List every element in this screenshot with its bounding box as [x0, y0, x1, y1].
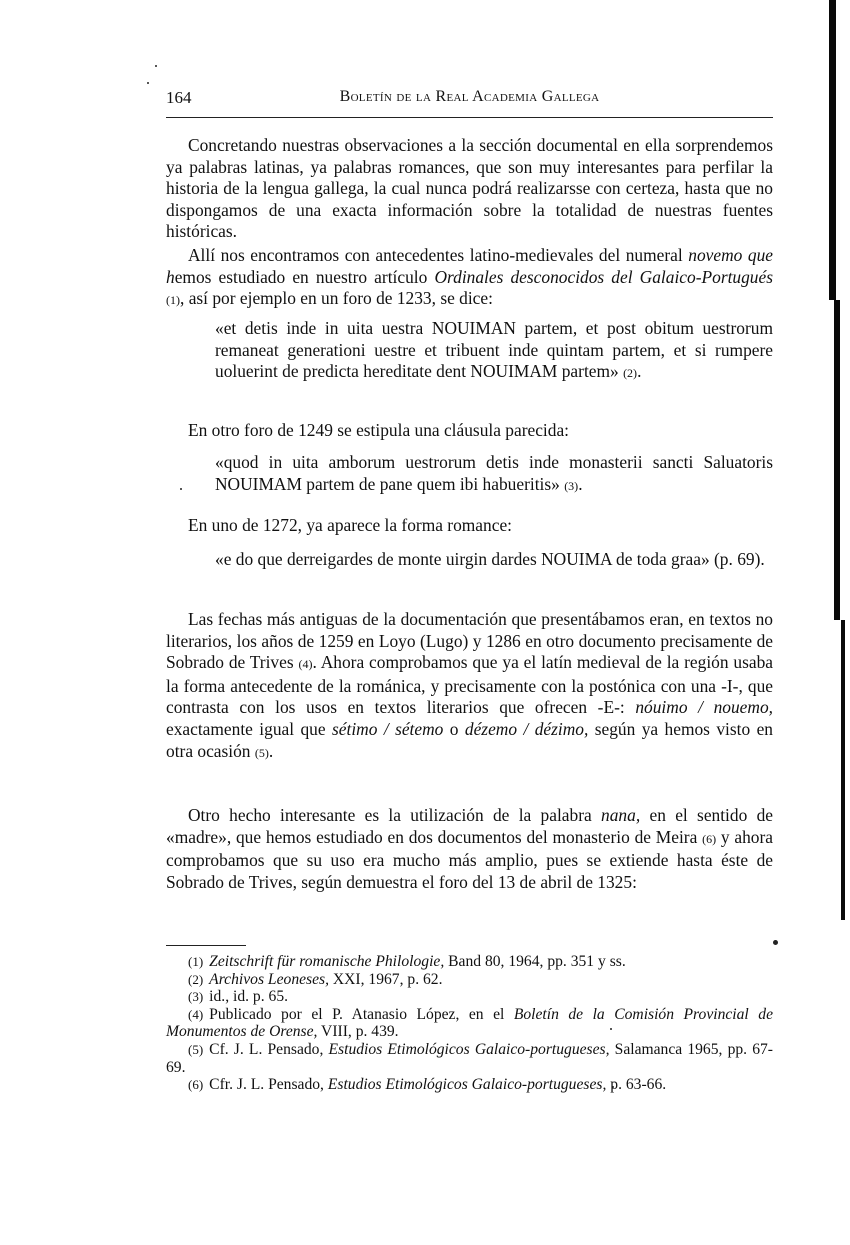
footnote-text: VIII, p. 439. [317, 1023, 398, 1040]
body-paragraph: Las fechas más antiguas de la documentac… [166, 609, 773, 764]
footnote-title: Zeitschrift für romanische Philologie, [209, 953, 444, 970]
footnote-title: Archivos Leoneses, [209, 971, 329, 988]
block-quote: «e do que derreigardes de monte uirgin d… [215, 549, 773, 571]
footnote-rule [166, 945, 246, 946]
header-rule [166, 117, 773, 118]
scan-page-edge [841, 620, 845, 920]
paragraph-text: emos estudiado en nuestro artículo [175, 267, 435, 287]
footnote-text: id., id. p. 65. [209, 988, 288, 1005]
quote-text: «et detis inde in uita uestra NOUIMAN pa… [215, 318, 773, 381]
footnote-ref[interactable]: (5) [255, 746, 269, 760]
footnote-number: (2) [188, 972, 203, 987]
scan-speck [147, 82, 149, 84]
footnote-4: (4)Publicado por el P. Atanasio López, e… [166, 1006, 773, 1041]
footnote-text: Cf. J. L. Pensado, [209, 1041, 328, 1058]
italic-term: nana, [601, 805, 640, 825]
footnotes: (1)Zeitschrift für romanische Philologie… [166, 953, 773, 1094]
italic-term: dézemo / dézimo, [465, 719, 588, 739]
scan-speck [180, 488, 182, 490]
footnote-ref[interactable]: (1) [166, 293, 180, 307]
article-title: Ordinales desconocidos del Galaico-Portu… [434, 267, 773, 287]
paragraph-text: exactamente igual que [166, 719, 332, 739]
scan-speck [773, 940, 778, 945]
footnote-number: (4) [188, 1007, 203, 1022]
body-paragraph: Allí nos encontramos con antecedentes la… [166, 245, 773, 312]
running-header: 164 Boletín de la Real Academia Gallega [166, 88, 773, 110]
italic-term: sétimo / sétemo [332, 719, 443, 739]
footnote-number: (6) [188, 1077, 203, 1092]
quote-text: «quod in uita amborum uestrorum detis in… [215, 452, 773, 494]
body-paragraph: En uno de 1272, ya aparece la forma roma… [166, 515, 773, 537]
footnote-ref[interactable]: (3) [564, 479, 578, 493]
footnote-number: (3) [188, 989, 203, 1004]
footnote-title: Estudios Etimológicos Galaico-portuguese… [329, 1041, 610, 1058]
footnote-title: Estudios Etimológicos Galaico-portuguese… [328, 1076, 607, 1093]
scan-page-edge [829, 0, 836, 300]
footnote-text: Publicado por el P. Atanasio López, en e… [209, 1006, 514, 1023]
paragraph-text: , así por ejemplo en un foro de 1233, se… [180, 288, 493, 308]
scan-speck [155, 65, 157, 67]
footnote-ref[interactable]: (2) [623, 366, 637, 380]
paragraph-text: Otro hecho interesante es la utilización… [188, 805, 601, 825]
paragraph-text: Allí nos encontramos con antecedentes la… [188, 245, 688, 265]
footnote-ref[interactable]: (4) [298, 657, 312, 671]
footnote-number: (5) [188, 1042, 203, 1057]
quote-text: «e do que derreigardes de monte uirgin d… [215, 549, 765, 569]
body-paragraph: Concretando nuestras observaciones a la … [166, 135, 773, 243]
footnote-number: (1) [188, 954, 203, 969]
footnote-6: (6)Cfr. J. L. Pensado, Estudios Etimológ… [166, 1076, 773, 1094]
footnote-text: p. 63-66. [606, 1076, 666, 1093]
block-quote: «et detis inde in uita uestra NOUIMAN pa… [215, 318, 773, 385]
footnote-text: Band 80, 1964, pp. 351 y ss. [444, 953, 626, 970]
paragraph-text: En uno de 1272, ya aparece la forma roma… [188, 515, 512, 535]
body-paragraph: Otro hecho interesante es la utilización… [166, 805, 773, 893]
paragraph-text: o [443, 719, 465, 739]
footnote-3: (3)id., id. p. 65. [166, 988, 773, 1006]
footnote-1: (1)Zeitschrift für romanische Philologie… [166, 953, 773, 971]
scan-page-edge [834, 300, 840, 620]
paragraph-text: En otro foro de 1249 se estipula una clá… [188, 420, 569, 440]
punctuation: . [269, 741, 273, 761]
block-quote: «quod in uita amborum uestrorum detis in… [215, 452, 773, 497]
footnote-2: (2)Archivos Leoneses, XXI, 1967, p. 62. [166, 971, 773, 989]
italic-term: nóuimo / nouemo, [635, 697, 773, 717]
punctuation: . [578, 474, 582, 494]
body-paragraph: En otro foro de 1249 se estipula una clá… [166, 420, 773, 442]
paragraph-text: Concretando nuestras observaciones a la … [166, 135, 773, 241]
journal-title: Boletín de la Real Academia Gallega [166, 88, 773, 106]
footnote-ref[interactable]: (6) [702, 832, 716, 846]
footnote-text: XXI, 1967, p. 62. [329, 971, 442, 988]
punctuation: . [637, 361, 641, 381]
footnote-text: Cfr. J. L. Pensado, [209, 1076, 328, 1093]
footnote-5: (5)Cf. J. L. Pensado, Estudios Etimológi… [166, 1041, 773, 1076]
